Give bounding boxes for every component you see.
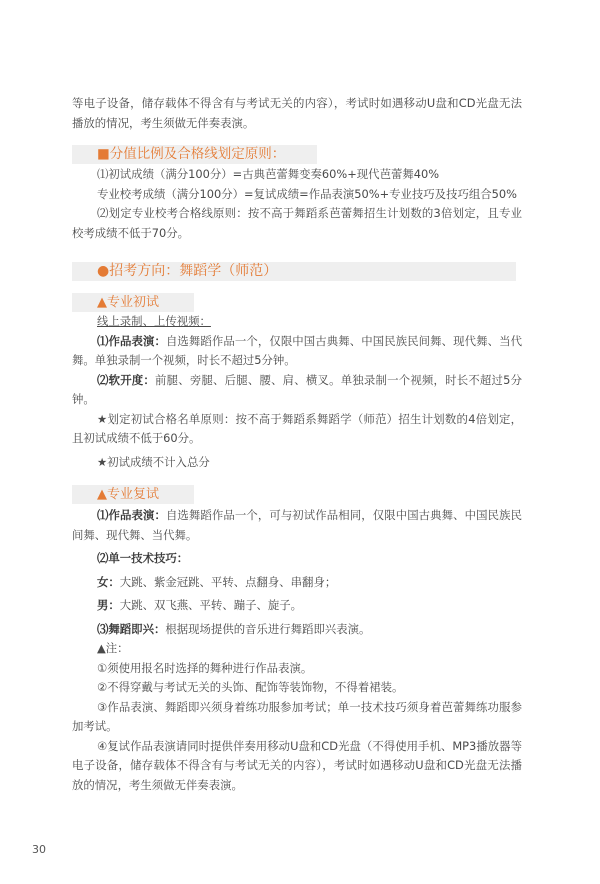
- retest-notes-heading: ▲注：: [72, 639, 522, 659]
- retest-item-3-text: 根据现场提供的音乐进行舞蹈即兴表演。: [165, 622, 370, 636]
- preliminary-item-2-label: ⑵软开度：: [97, 373, 155, 387]
- scoring-heading: ■分值比例及合格线划定原则：: [72, 145, 317, 164]
- scoring-item-1b: 专业校考成绩（满分100分）=复试成绩=作品表演50%+专业技巧及技巧组合50%: [72, 185, 522, 205]
- retest-item-1-label: ⑴作品表演：: [97, 508, 166, 522]
- retest-female-text: 大跳、紫金冠跳、平转、点翻身、串翻身；: [120, 575, 336, 589]
- preliminary-method-text: 线上录制、上传视频：: [97, 314, 211, 328]
- preliminary-heading: ▲专业初试: [72, 293, 194, 312]
- page-number: 30: [32, 843, 46, 856]
- retest-heading: ▲专业复试: [72, 485, 194, 504]
- preliminary-method: 线上录制、上传视频：: [72, 312, 522, 332]
- retest-item-2: ⑵单一技术技巧：: [72, 549, 522, 569]
- retest-item-2-label: ⑵单一技术技巧：: [97, 551, 188, 565]
- retest-note-4: ④复试作品表演请同时提供伴奏用移动U盘和CD光盘（不得使用手机、MP3播放器等电…: [72, 737, 522, 796]
- scoring-item-2: ⑵划定专业校考合格线原则：按不高于舞蹈系芭蕾舞招生计划数的3倍划定，且专业校考成…: [72, 204, 522, 243]
- preliminary-item-1-label: ⑴作品表演：: [97, 334, 166, 348]
- preliminary-note-2: ★初试成绩不计入总分: [72, 453, 522, 473]
- intro-paragraph: 等电子设备，储存载体不得含有与考试无关的内容），考试时如遇移动U盘和CD光盘无法…: [72, 94, 522, 133]
- retest-male: 男：大跳、双飞燕、平转、蹦子、旋子。: [72, 596, 522, 616]
- retest-note-2: ②不得穿戴与考试无关的头饰、配饰等装饰物，不得着裙装。: [72, 678, 522, 698]
- retest-item-3-label: ⑶舞蹈即兴：: [97, 622, 165, 636]
- retest-note-1: ①须使用报名时选择的舞种进行作品表演。: [72, 659, 522, 679]
- retest-male-label: 男：: [97, 598, 120, 612]
- retest-note-3: ③作品表演、舞蹈即兴须身着练功服参加考试；单一技术技巧须身着芭蕾舞练功服参加考试…: [72, 698, 522, 737]
- document-page: 等电子设备，储存载体不得含有与考试无关的内容），考试时如遇移动U盘和CD光盘无法…: [72, 94, 522, 795]
- retest-item-3: ⑶舞蹈即兴：根据现场提供的音乐进行舞蹈即兴表演。: [72, 620, 522, 640]
- retest-item-1: ⑴作品表演：自选舞蹈作品一个，可与初试作品相同，仅限中国古典舞、中国民族民间舞、…: [72, 506, 522, 545]
- preliminary-note-1: ★划定初试合格名单原则：按不高于舞蹈系舞蹈学（师范）招生计划数的4倍划定，且初试…: [72, 410, 522, 449]
- retest-female: 女：大跳、紫金冠跳、平转、点翻身、串翻身；: [72, 573, 522, 593]
- scoring-item-1: ⑴初试成绩（满分100分）=古典芭蕾舞变奏60%+现代芭蕾舞40%: [72, 165, 522, 185]
- retest-male-text: 大跳、双飞燕、平转、蹦子、旋子。: [120, 598, 302, 612]
- direction-heading: ●招考方向：舞蹈学（师范）: [72, 262, 516, 281]
- retest-female-label: 女：: [97, 575, 120, 589]
- preliminary-item-2: ⑵软开度：前腿、旁腿、后腿、腰、肩、横叉。单独录制一个视频，时长不超过5分钟。: [72, 371, 522, 410]
- preliminary-item-1: ⑴作品表演：自选舞蹈作品一个，仅限中国古典舞、中国民族民间舞、现代舞、当代舞。单…: [72, 332, 522, 371]
